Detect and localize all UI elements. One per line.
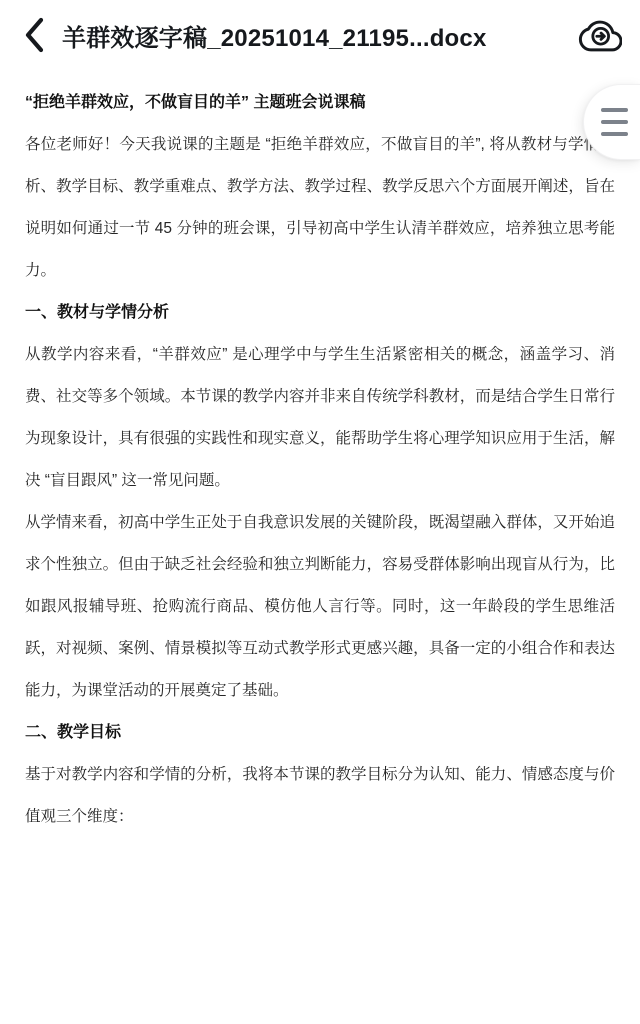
doc-paragraph-student-analysis: 从学情来看，初高中学生正处于自我意识发展的关键阶段，既渴望融入群体，又开始追求个…: [25, 502, 615, 712]
chevron-left-icon: [22, 17, 46, 53]
doc-heading-section-1: 一、教材与学情分析: [25, 292, 615, 334]
doc-heading-section-2: 二、教学目标: [25, 712, 615, 754]
back-button[interactable]: [22, 17, 46, 53]
doc-main-title: “拒绝羊群效应，不做盲目的羊” 主题班会说课稿: [25, 82, 615, 124]
cloud-share-icon: [578, 14, 622, 56]
doc-paragraph-goals: 基于对教学内容和学情的分析，我将本节课的教学目标分为认知、能力、情感态度与价值观…: [25, 754, 615, 838]
document-title: 羊群效逐字稿_20251014_21195...docx: [62, 18, 568, 53]
app-header: 羊群效逐字稿_20251014_21195...docx: [0, 0, 640, 70]
hamburger-menu-icon: [601, 108, 628, 136]
share-button[interactable]: [578, 14, 622, 56]
doc-paragraph-intro: 各位老师好！今天我说课的主题是 “拒绝羊群效应，不做盲目的羊”, 将从教材与学情…: [25, 124, 615, 292]
document-page: “拒绝羊群效应，不做盲目的羊” 主题班会说课稿 各位老师好！今天我说课的主题是 …: [0, 70, 640, 838]
doc-paragraph-content-analysis: 从教学内容来看，“羊群效应” 是心理学中与学生生活紧密相关的概念，涵盖学习、消费…: [25, 334, 615, 502]
screen: { "header": { "title": "羊群效逐字稿_20251014_…: [0, 0, 640, 1024]
